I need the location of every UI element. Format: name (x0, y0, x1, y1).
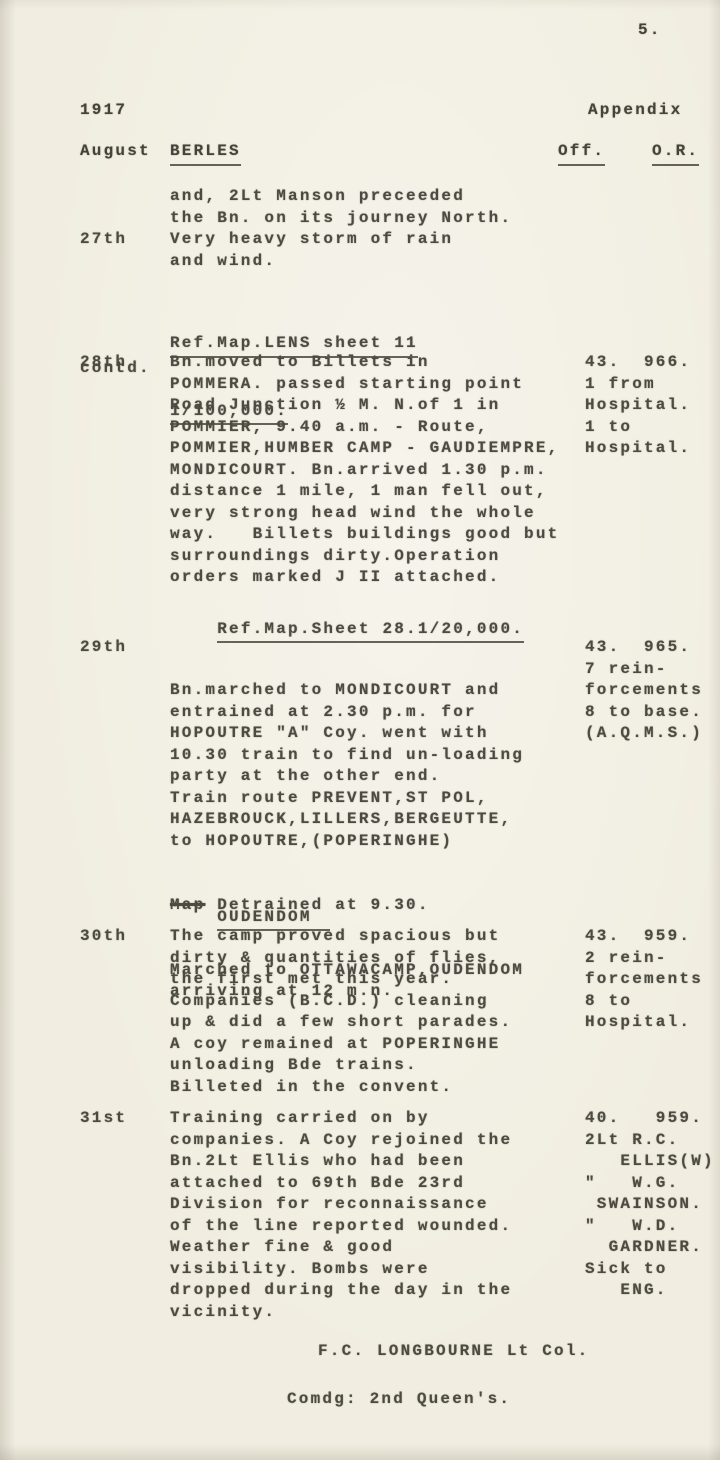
month-label: August (80, 141, 151, 163)
entry-text: The camp proved spacious but dirty & qua… (170, 926, 585, 1098)
entry-date: 31st (80, 1108, 170, 1323)
entry-notes: 43. 959. 2 rein- forcements 8 to Hospita… (585, 926, 720, 1098)
entry-notes: 40. 959. 2Lt R.C. ELLIS(W) " W.G. SWAINS… (585, 1108, 720, 1323)
entry-text: Bn.moved to Billets in POMMERA. passed s… (170, 352, 585, 589)
column-header-other-ranks: O.R. (652, 141, 699, 166)
entry-notes: 43. 966. 1 from Hospital. 1 to Hospital. (585, 352, 720, 589)
signature-name: F.C. LONGBOURNE Lt Col. (318, 1341, 589, 1363)
appendix-label: Appendix (588, 100, 682, 122)
war-diary-page: 5. 1917 Appendix August BERLES Off. O.R.… (0, 0, 720, 1460)
column-header-officers: Off. (558, 141, 605, 166)
diary-entry-28th: 28th Bn.moved to Billets in POMMERA. pas… (0, 352, 720, 589)
page-number: 5. (638, 20, 662, 42)
entry-text: Training carried on by companies. A Coy … (170, 1108, 585, 1323)
diary-entry-30th: 30th The camp proved spacious but dirty … (0, 926, 720, 1098)
place-heading: BERLES (170, 141, 241, 166)
place-heading-text: BERLES (170, 141, 241, 166)
entry-date: 30th (80, 926, 170, 1098)
year-label: 1917 (80, 100, 127, 122)
signature-role: Comdg: 2nd Queen's. (287, 1389, 511, 1411)
diary-entry-31st: 31st Training carried on by companies. A… (0, 1108, 720, 1323)
entry-date: 28th (80, 352, 170, 589)
